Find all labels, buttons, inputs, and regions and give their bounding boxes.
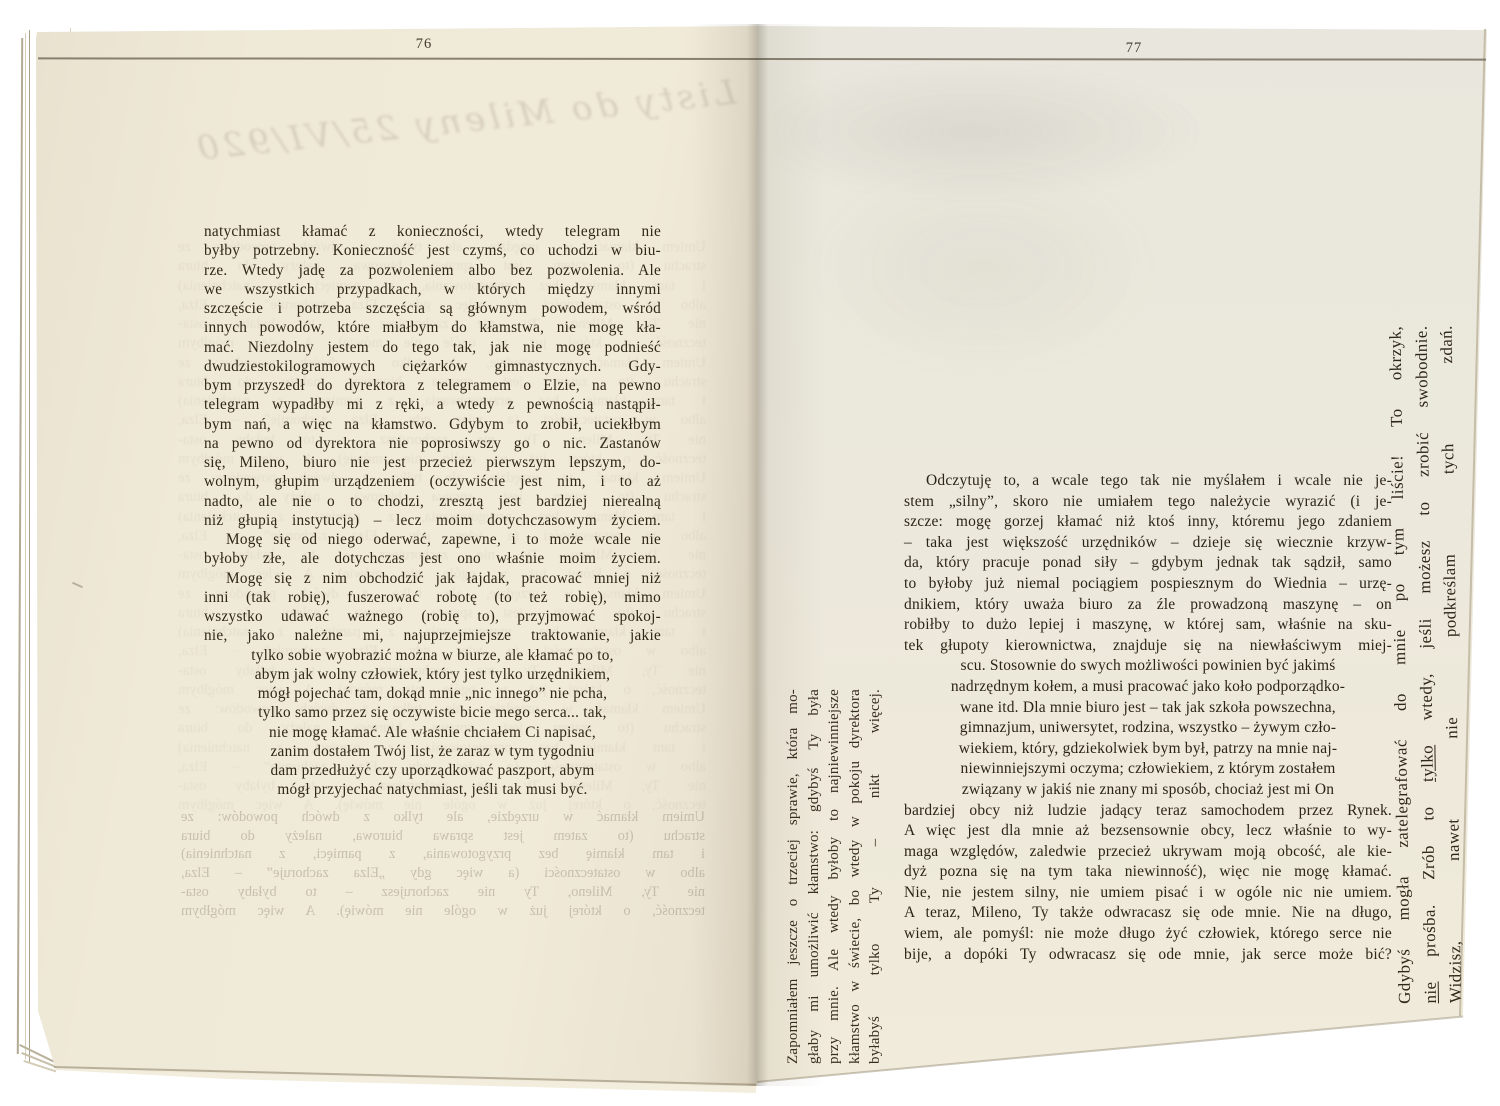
text-line: maga względów, zaledwie przecież ukrywam… [904,842,1392,863]
text-line: Mogę się od niego oderwać, zapewne, i to… [204,530,661,549]
text-line: wiem, ale pomyśl: nie może długo żyć czł… [904,924,1392,945]
text-line: telegram wypadłby mi z ręki, a wtedy z p… [204,395,661,414]
text-line: albo w ostateczności (a więc gdy „Elza z… [181,864,705,883]
text-line: mać. Niezdolny jestem do tego tak, jak n… [204,338,661,357]
page-edge-stack-line [17,38,23,1054]
text-line: na pewno od dyrektora nie poprosiwszy go… [204,434,661,453]
text-line: we wszystkich przypadkach, w których mię… [204,280,661,299]
text-line: tylko samo przez się oczywiste bicie meg… [204,703,661,722]
text-line: to byłoby już niemal pociągiem pospieszn… [904,574,1392,595]
text-line: byłabyś tylko Ty – nikt więcej. [865,689,886,1064]
text-line: Zapomniałem jeszcze o trzeciej sprawie, … [783,689,804,1064]
text-line: dam przedłużyć czy uporządkować paszport… [204,761,661,780]
text-line: głaby mi umożliwić kłamstwo: gdybyś Ty b… [804,689,825,1064]
text-line: nie Ty, Mileno, Ty nie zachorujesz – to … [181,883,705,902]
text-line: robiłby to dużo lepiej i maszynę, w któr… [904,615,1392,636]
text-line: da, który pracuje ponad siły – gdybym je… [904,553,1392,574]
text-line: scu. Stosownie do swych możliwości powin… [904,656,1392,677]
margin-note-right-rotated: Gdybyś mogła zatelegrafować do mnie po t… [1383,325,1469,1004]
text-line: gimnazjum, uniwersytet, rodzina, wszystk… [904,718,1392,739]
text-line: Umiem kłamać w urzędzie, ale tylko z dwó… [181,808,705,827]
text-line: – taka jest większość urzędników – dziej… [904,533,1392,554]
text-line: stem „silny”, skoro nie umiałem tego nal… [904,492,1392,513]
text-line: byłoby złe, ale dotychczas jest ono właś… [204,549,661,568]
text-line: niewinniejszymi oczyma; człowiekiem, z k… [904,759,1392,780]
text-line: tek głupoty kierownictwa, znajduje się n… [904,636,1392,657]
text-line: i tam kłamię bez przygotowania, z pamięc… [181,845,705,864]
text-line: rze. Wtedy jadę za pozwoleniem albo bez … [204,261,661,280]
text-line: nie mogę kłamać. Ale właśnie chciałem Ci… [204,723,661,742]
text-line: przy mnie. Ale wtedy byłoby to najniewin… [824,689,845,1064]
text-line: natychmiast kłamać z konieczności, wtedy… [204,222,661,241]
text-line: nie, jako należne mi, najuprzejmiejsze t… [204,626,661,645]
text-line: abym jak wolny człowiek, który jest tylk… [204,665,661,684]
text-line: Odczytuję to, a wcale tego tak nie myśla… [904,471,1392,492]
margin-note-left-rotated: Zapomniałem jeszcze o trzeciej sprawie, … [783,689,886,1064]
bleedthrough-wash [790,160,1220,430]
underlined-word: tylko [1417,745,1437,782]
text-line: bym nań, a więc na kłamstwo. Gdybym to z… [204,415,661,434]
text-line: nadrzędnym kołem, a musi pracować jako k… [904,677,1392,698]
text-line: dnikiem, który uważa biuro za źle prowad… [904,595,1392,616]
page-edge-stack-line [29,30,30,1062]
text-line: bije, a dopóki Ty odwracasz się ode mnie… [904,945,1392,966]
text-line: zanim dostałem Twój list, że zaraz w tym… [204,742,661,761]
text-line: mógł pojechać tam, dokąd mnie „nic inneg… [204,684,661,703]
page-77-body-text: Odczytuję to, a wcale tego tak nie myśla… [904,471,1392,965]
text-line: szcze: mogę gorzej kłamać niż ktoś inny,… [904,512,1392,533]
text-line: bym przyszedł do dyrektora z telegramem … [204,376,661,395]
text-line: szczęście i potrzeba szczęścia są główny… [204,299,661,318]
text-line: wane itd. Dla mnie biuro jest – tak jak … [904,698,1392,719]
text-line: wolnym, głupim urządzeniem (oczywiście j… [204,472,661,491]
text-line: strachu (to zatem jest sprawa biurowa, n… [181,827,705,846]
text-line: dyż pozna się na tym taka niewinność), w… [904,862,1392,883]
text-line: nadto, ale nie o to chodzi, zresztą jest… [204,492,661,511]
page-number-77: 77 [1114,40,1154,57]
text-line: innych powodów, które miałbym do kłamstw… [204,318,661,337]
text-line: tylko sobie wyobrazić można w biurze, al… [204,646,661,665]
page-76-body-text: natychmiast kłamać z konieczności, wtedy… [204,222,661,800]
text-line: Nie, nie jestem silny, nie umiem pisać i… [904,883,1392,904]
text-line: wiekiem, który, gdziekolwiek bym był, pa… [904,739,1392,760]
text-line: A więc jest dla mnie aż bezsensownie obc… [904,821,1392,842]
text-line: wszystko udawać ważnego (robię to), przy… [204,607,661,626]
text-line: inni (tak robię), fuszerować robotę (to … [204,588,661,607]
text-line: dwudziestokilogramowych ciężarków gimnas… [204,357,661,376]
underlined-word: nie [1420,981,1439,1003]
page-corner-fan-line [24,1060,57,1072]
text-line: teczność, o której już w ogóle nie mówię… [181,902,705,921]
bleedthrough-text-visible: Umiem kłamać w urzędzie, ale tylko z dwó… [181,808,705,920]
text-line: związany w jakiś nie znany mi sposób, ch… [904,780,1392,801]
text-line: Mogę się z nim obchodzić jak łajdak, pra… [204,569,661,588]
text-line: niż głupią instytucją) – lecz moim dotyc… [204,511,661,530]
text-line: bardziej obcy niż ludzie jadący teraz sa… [904,801,1392,822]
page-number-76: 76 [404,36,444,53]
page-edge-stack-line [25,33,26,1059]
text-line: mógł przyjechać natychmiast, jeśli tak m… [204,780,661,799]
text-line: byłby potrzebny. Konieczność jest czymś,… [204,241,661,260]
book-spread-scan: Listy do Mileny 25/VI/920 Umiem kłamać w… [0,0,1500,1106]
text-line: kłamstwo w świecie, bo wtedy w pokoju dy… [845,689,866,1064]
text-line: A teraz, Mileno, Ty także odwracasz się … [904,903,1392,924]
text-line: się, Mileno, biuro nie jest przecież pie… [204,453,661,472]
